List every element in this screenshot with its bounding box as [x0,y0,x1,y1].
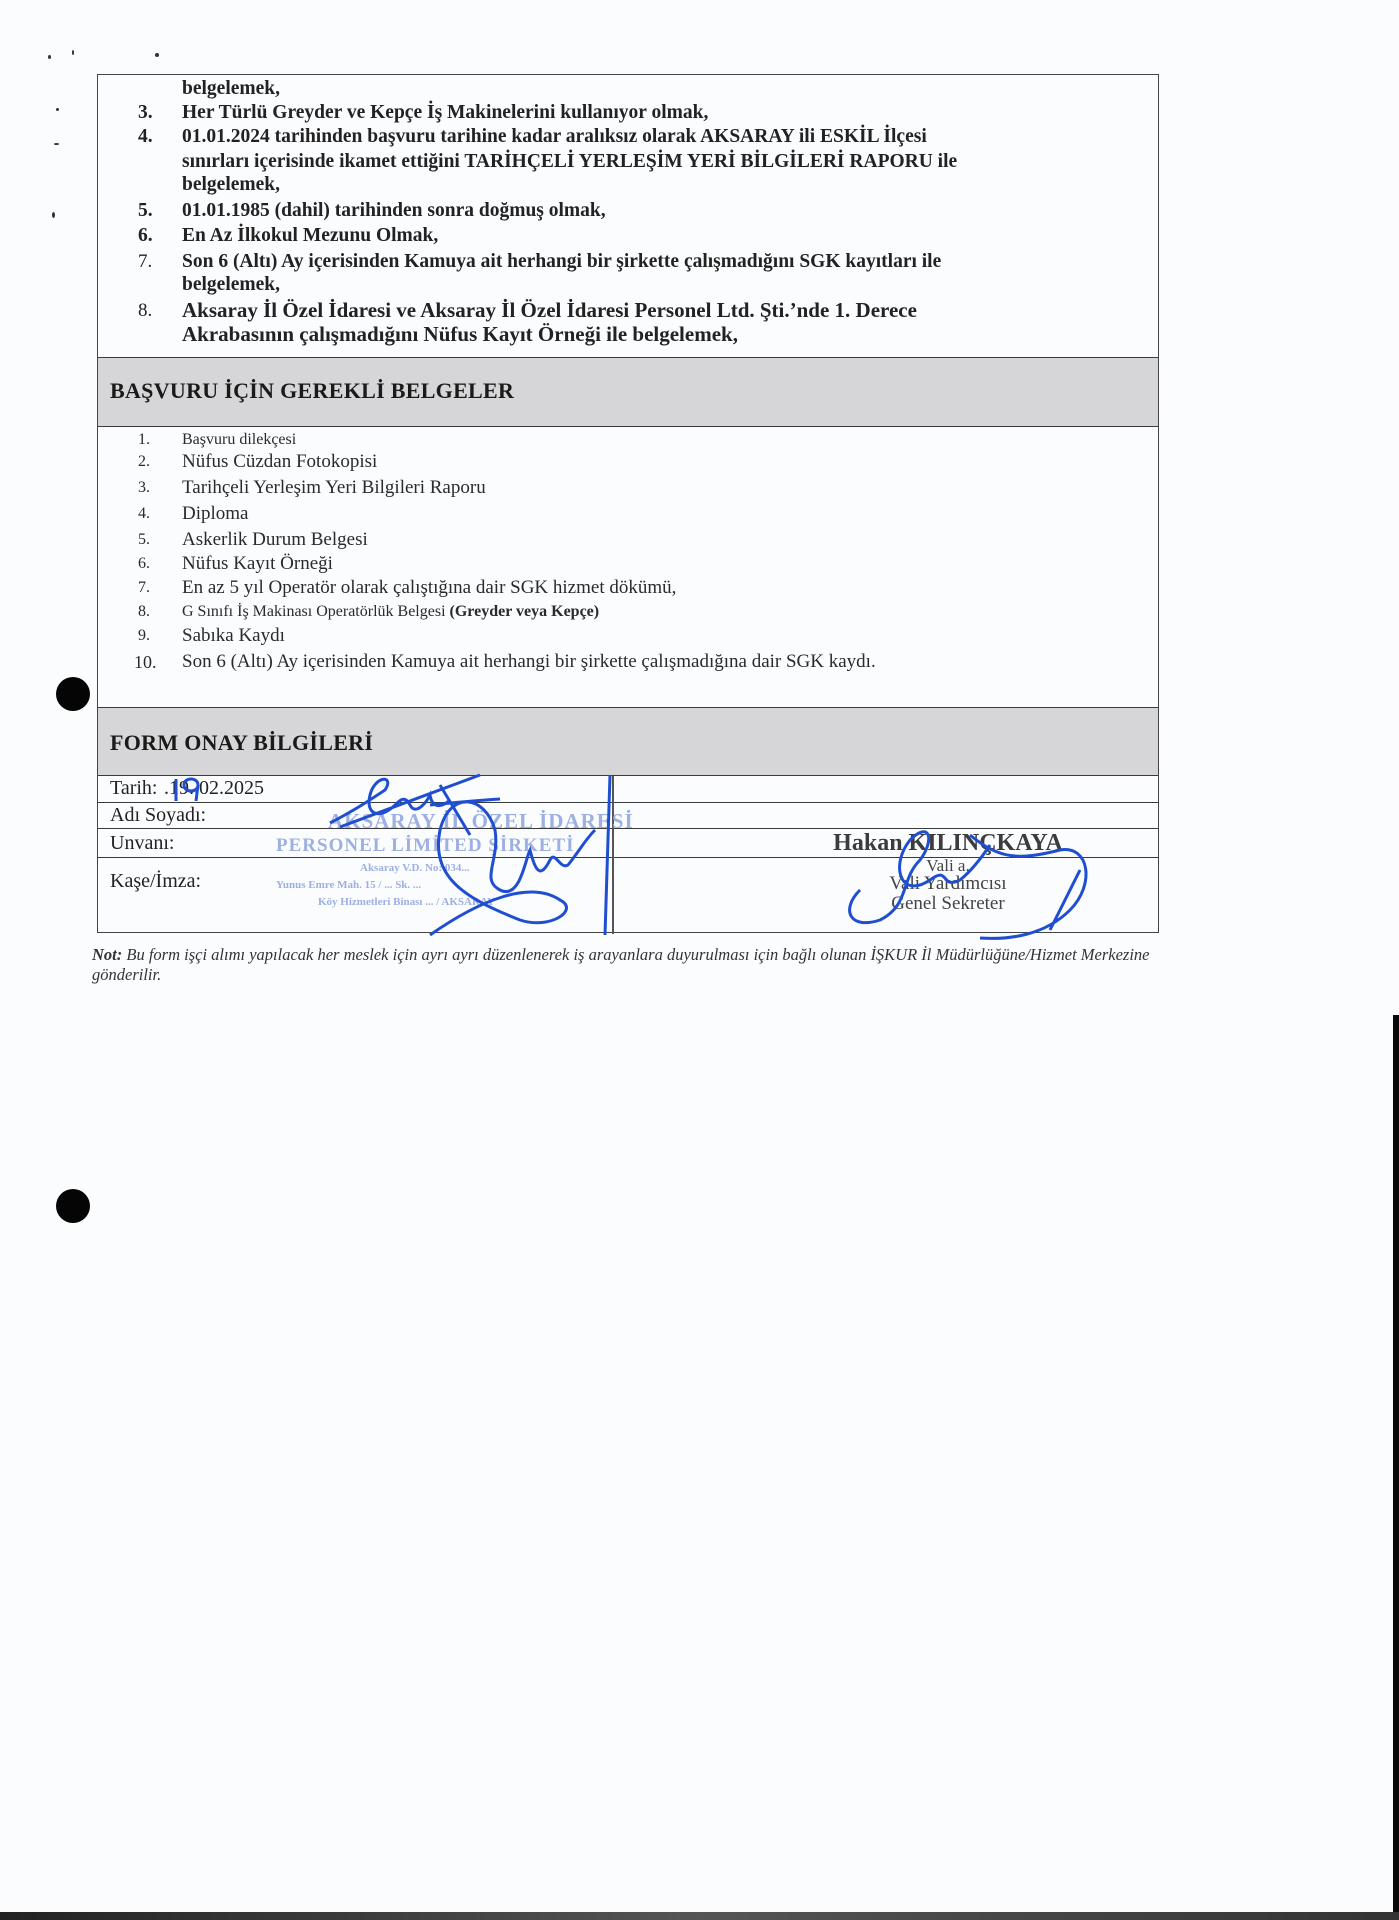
scan-speck [48,55,51,59]
scan-speck [54,143,59,145]
scan-speck [56,108,59,111]
requirements-list: belgelemek, 3. Her Türlü Greyder ve Kepç… [98,75,1158,357]
footnote: Not: Bu form işçi alımı yapılacak her me… [92,945,1172,985]
scan-edge-bottom [0,1912,1399,1920]
scan-speck [52,212,55,218]
scan-speck [72,50,74,55]
document-item-text: G Sınıfı İş Makinası Operatörlük Belgesi… [182,601,599,623]
handwritten-day-icon [170,775,210,805]
signature-3-icon [820,810,1100,950]
scan-edge-right [1393,1015,1399,1920]
required-documents-header: BAŞVURU İÇİN GEREKLİ BELGELER [98,357,1158,427]
scan-speck [155,53,159,57]
punch-hole [56,677,90,711]
scanned-page: belgelemek, 3. Her Türlü Greyder ve Kepç… [0,0,1399,1920]
form-approval-header: FORM ONAY BİLGİLERİ [98,707,1158,776]
punch-hole [56,1189,90,1223]
required-documents-list: 1. Başvuru dilekçesi 2. Nüfus Cüzdan Fot… [98,427,1158,709]
signature-2-icon [400,770,640,940]
